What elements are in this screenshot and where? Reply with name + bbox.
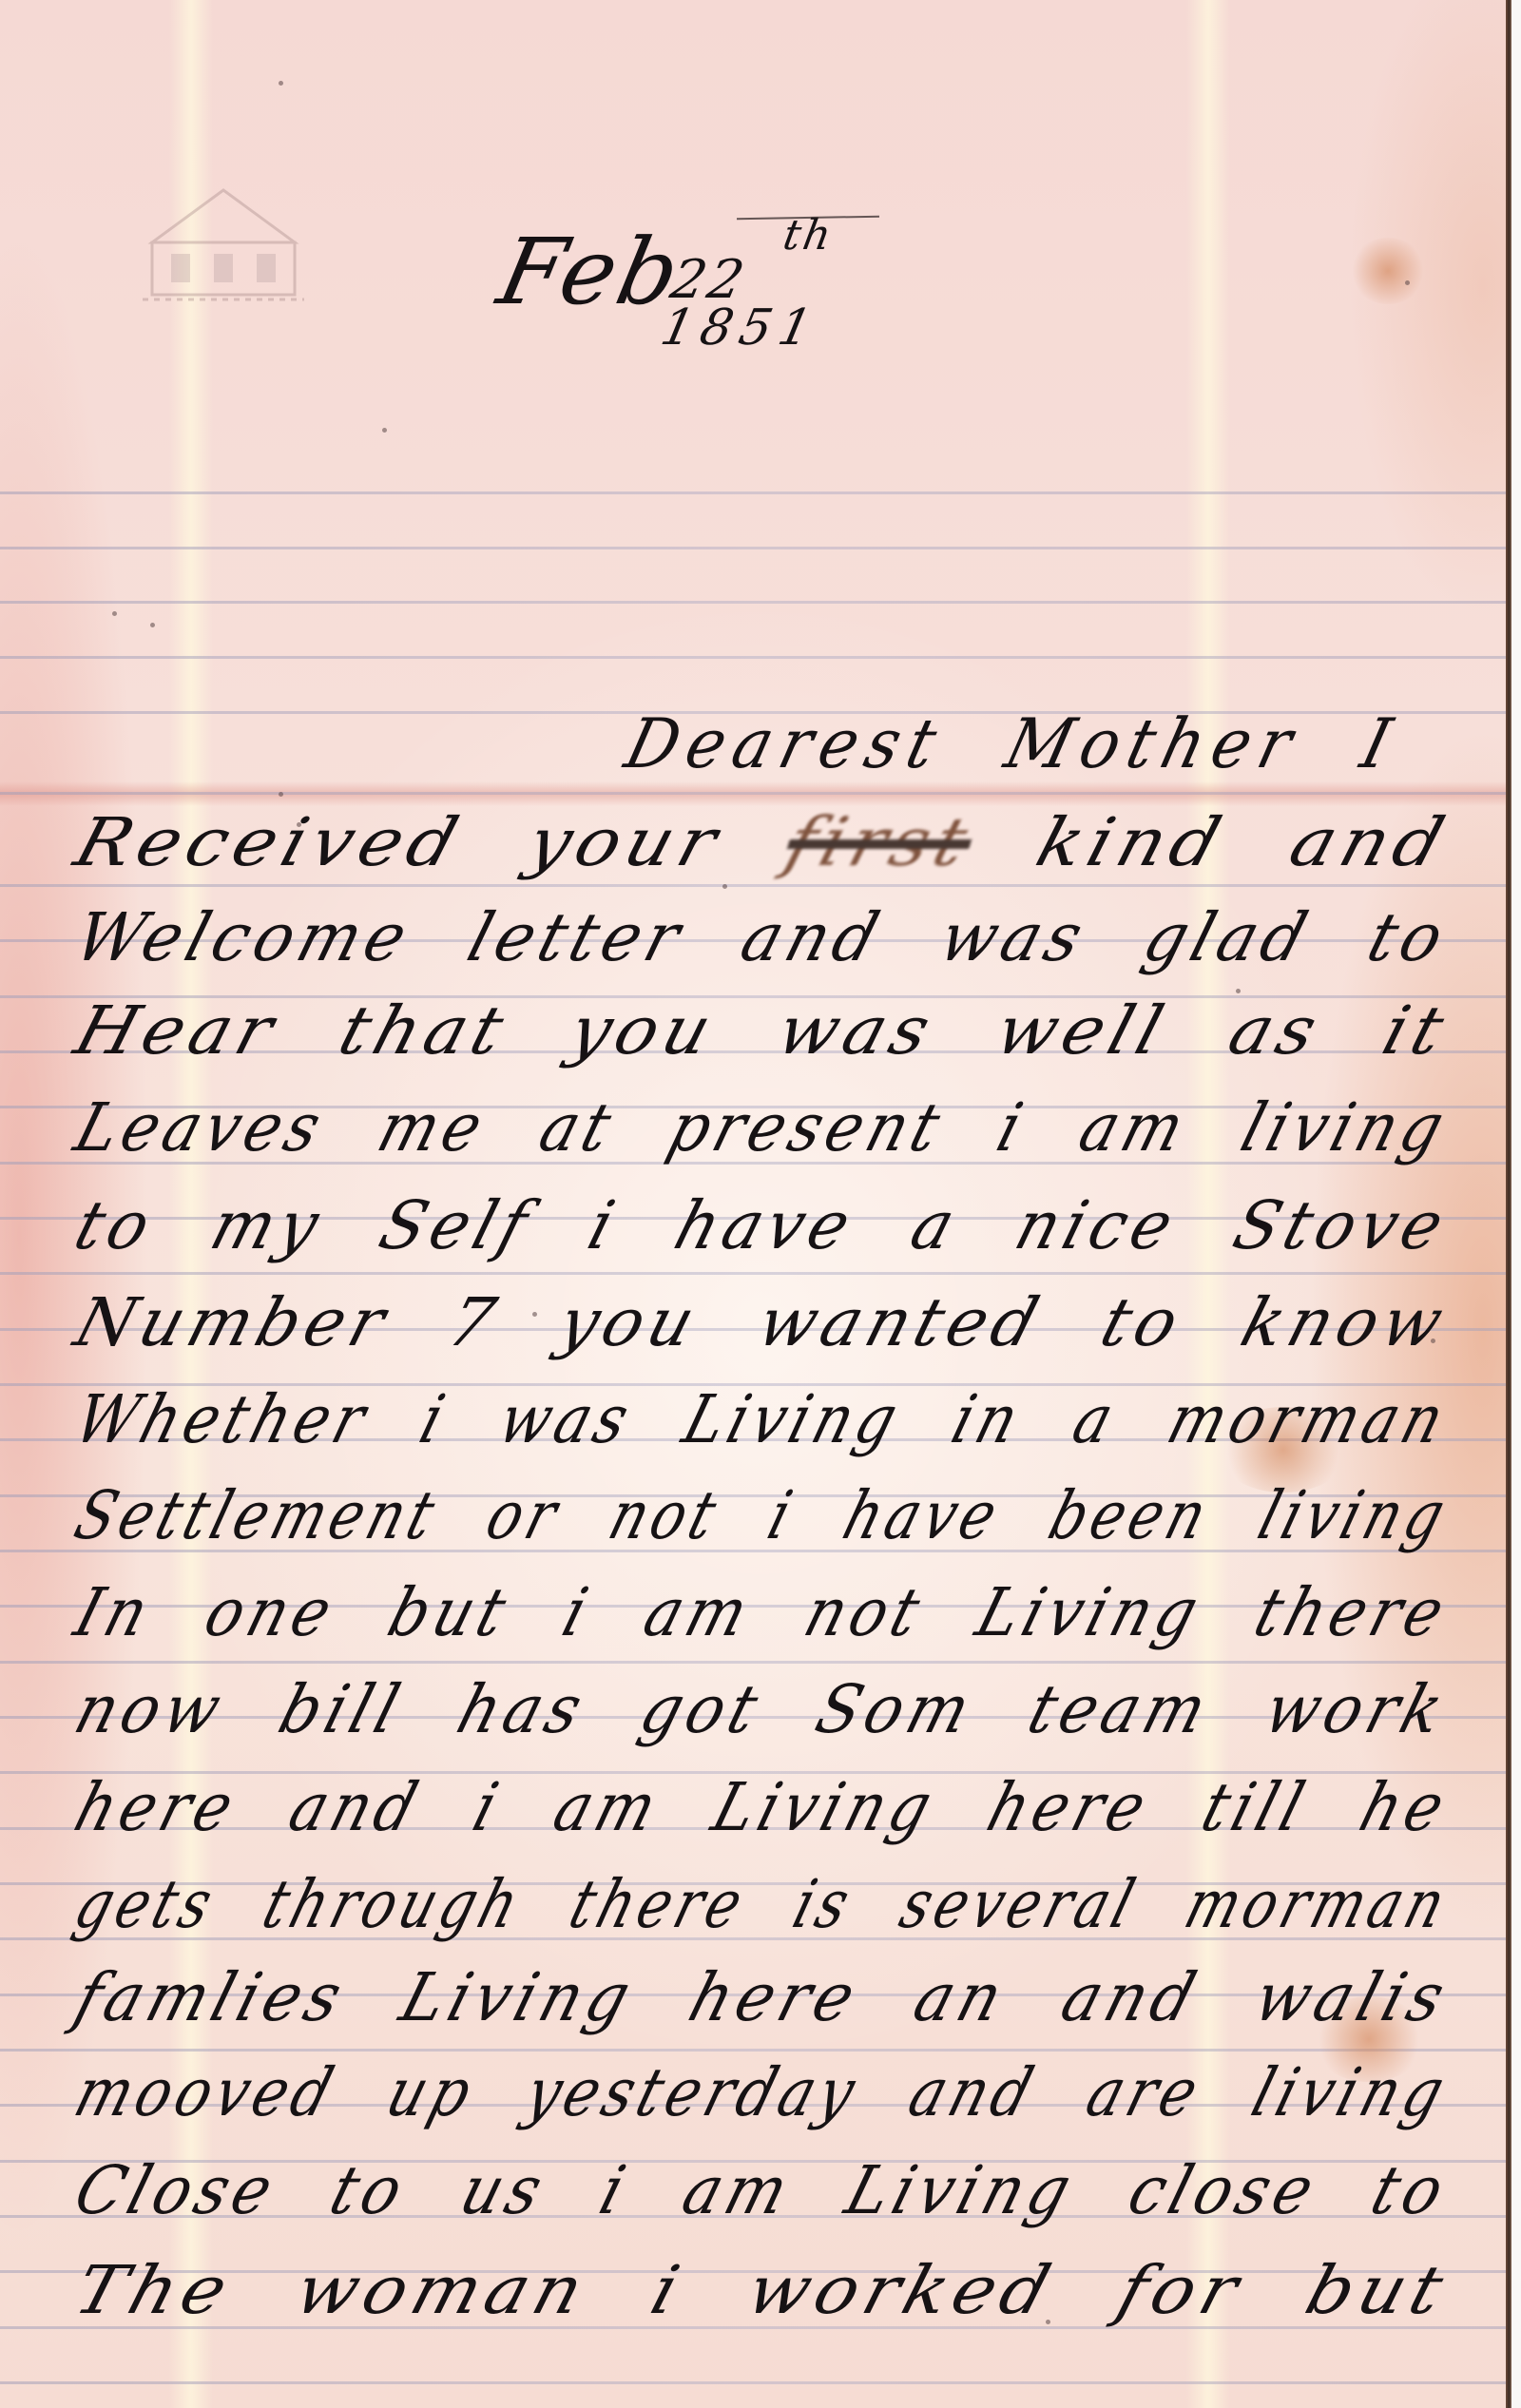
letter-page: Feb 22 th 1851 Dearest Mother I Received… — [0, 0, 1510, 2408]
letter-line: now bill has got Som team work — [67, 1670, 1456, 1748]
letter-line: to my Self i have a nice Stove — [67, 1186, 1457, 1264]
ruled-line — [0, 2049, 1510, 2052]
letter-line: Received your first kind and — [67, 803, 1458, 881]
embossed-building-watermark-icon — [133, 185, 314, 314]
ruled-line — [0, 656, 1510, 659]
ruled-line — [0, 547, 1510, 549]
ruled-line — [0, 792, 1510, 795]
crossed-out-word: first — [778, 803, 982, 881]
letter-line: Settlement or not i have been living — [67, 1476, 1458, 1554]
letter-line: Welcome letter and was glad to — [67, 898, 1457, 976]
date-month: Feb — [490, 219, 691, 325]
letter-line: famlies Living here an and walis — [67, 1958, 1458, 2036]
letter-line: Hear that you was well as it — [67, 992, 1458, 1069]
letter-line: Whether i was Living in a morman — [67, 1380, 1457, 1458]
letter-line: The woman i worked for but — [67, 2251, 1457, 2329]
letter-line: Number 7 you wanted to know — [67, 1283, 1457, 1361]
salutation: Dearest Mother I — [618, 703, 1408, 783]
letter-line: Close to us i am Living close to — [67, 2151, 1457, 2229]
scan-margin — [1511, 0, 1521, 2408]
ruled-line — [0, 2381, 1510, 2384]
letter-text: Received your — [67, 803, 800, 881]
letter-line: here and i am Living here till he — [67, 1768, 1458, 1846]
speck — [1405, 280, 1410, 285]
speck — [279, 81, 283, 86]
speck — [279, 792, 283, 797]
ruled-line — [0, 601, 1510, 604]
letter-line: Leaves me at present i am living — [67, 1088, 1457, 1166]
date-year: 1851 — [656, 299, 824, 356]
ruled-line — [0, 491, 1510, 494]
speck — [112, 611, 117, 616]
ruled-line — [0, 884, 1510, 887]
stain — [1350, 238, 1426, 304]
letter-line: gets through there is several morman — [67, 1865, 1458, 1943]
speck — [722, 884, 727, 889]
ruled-line — [0, 1272, 1510, 1275]
letter-text: kind and — [959, 803, 1458, 881]
ruled-line — [0, 1661, 1510, 1664]
speck — [150, 623, 155, 627]
letter-line: mooved up yesterday and are living — [67, 2053, 1457, 2131]
speck — [382, 428, 387, 433]
letter-line: In one but i am not Living there — [67, 1573, 1457, 1651]
